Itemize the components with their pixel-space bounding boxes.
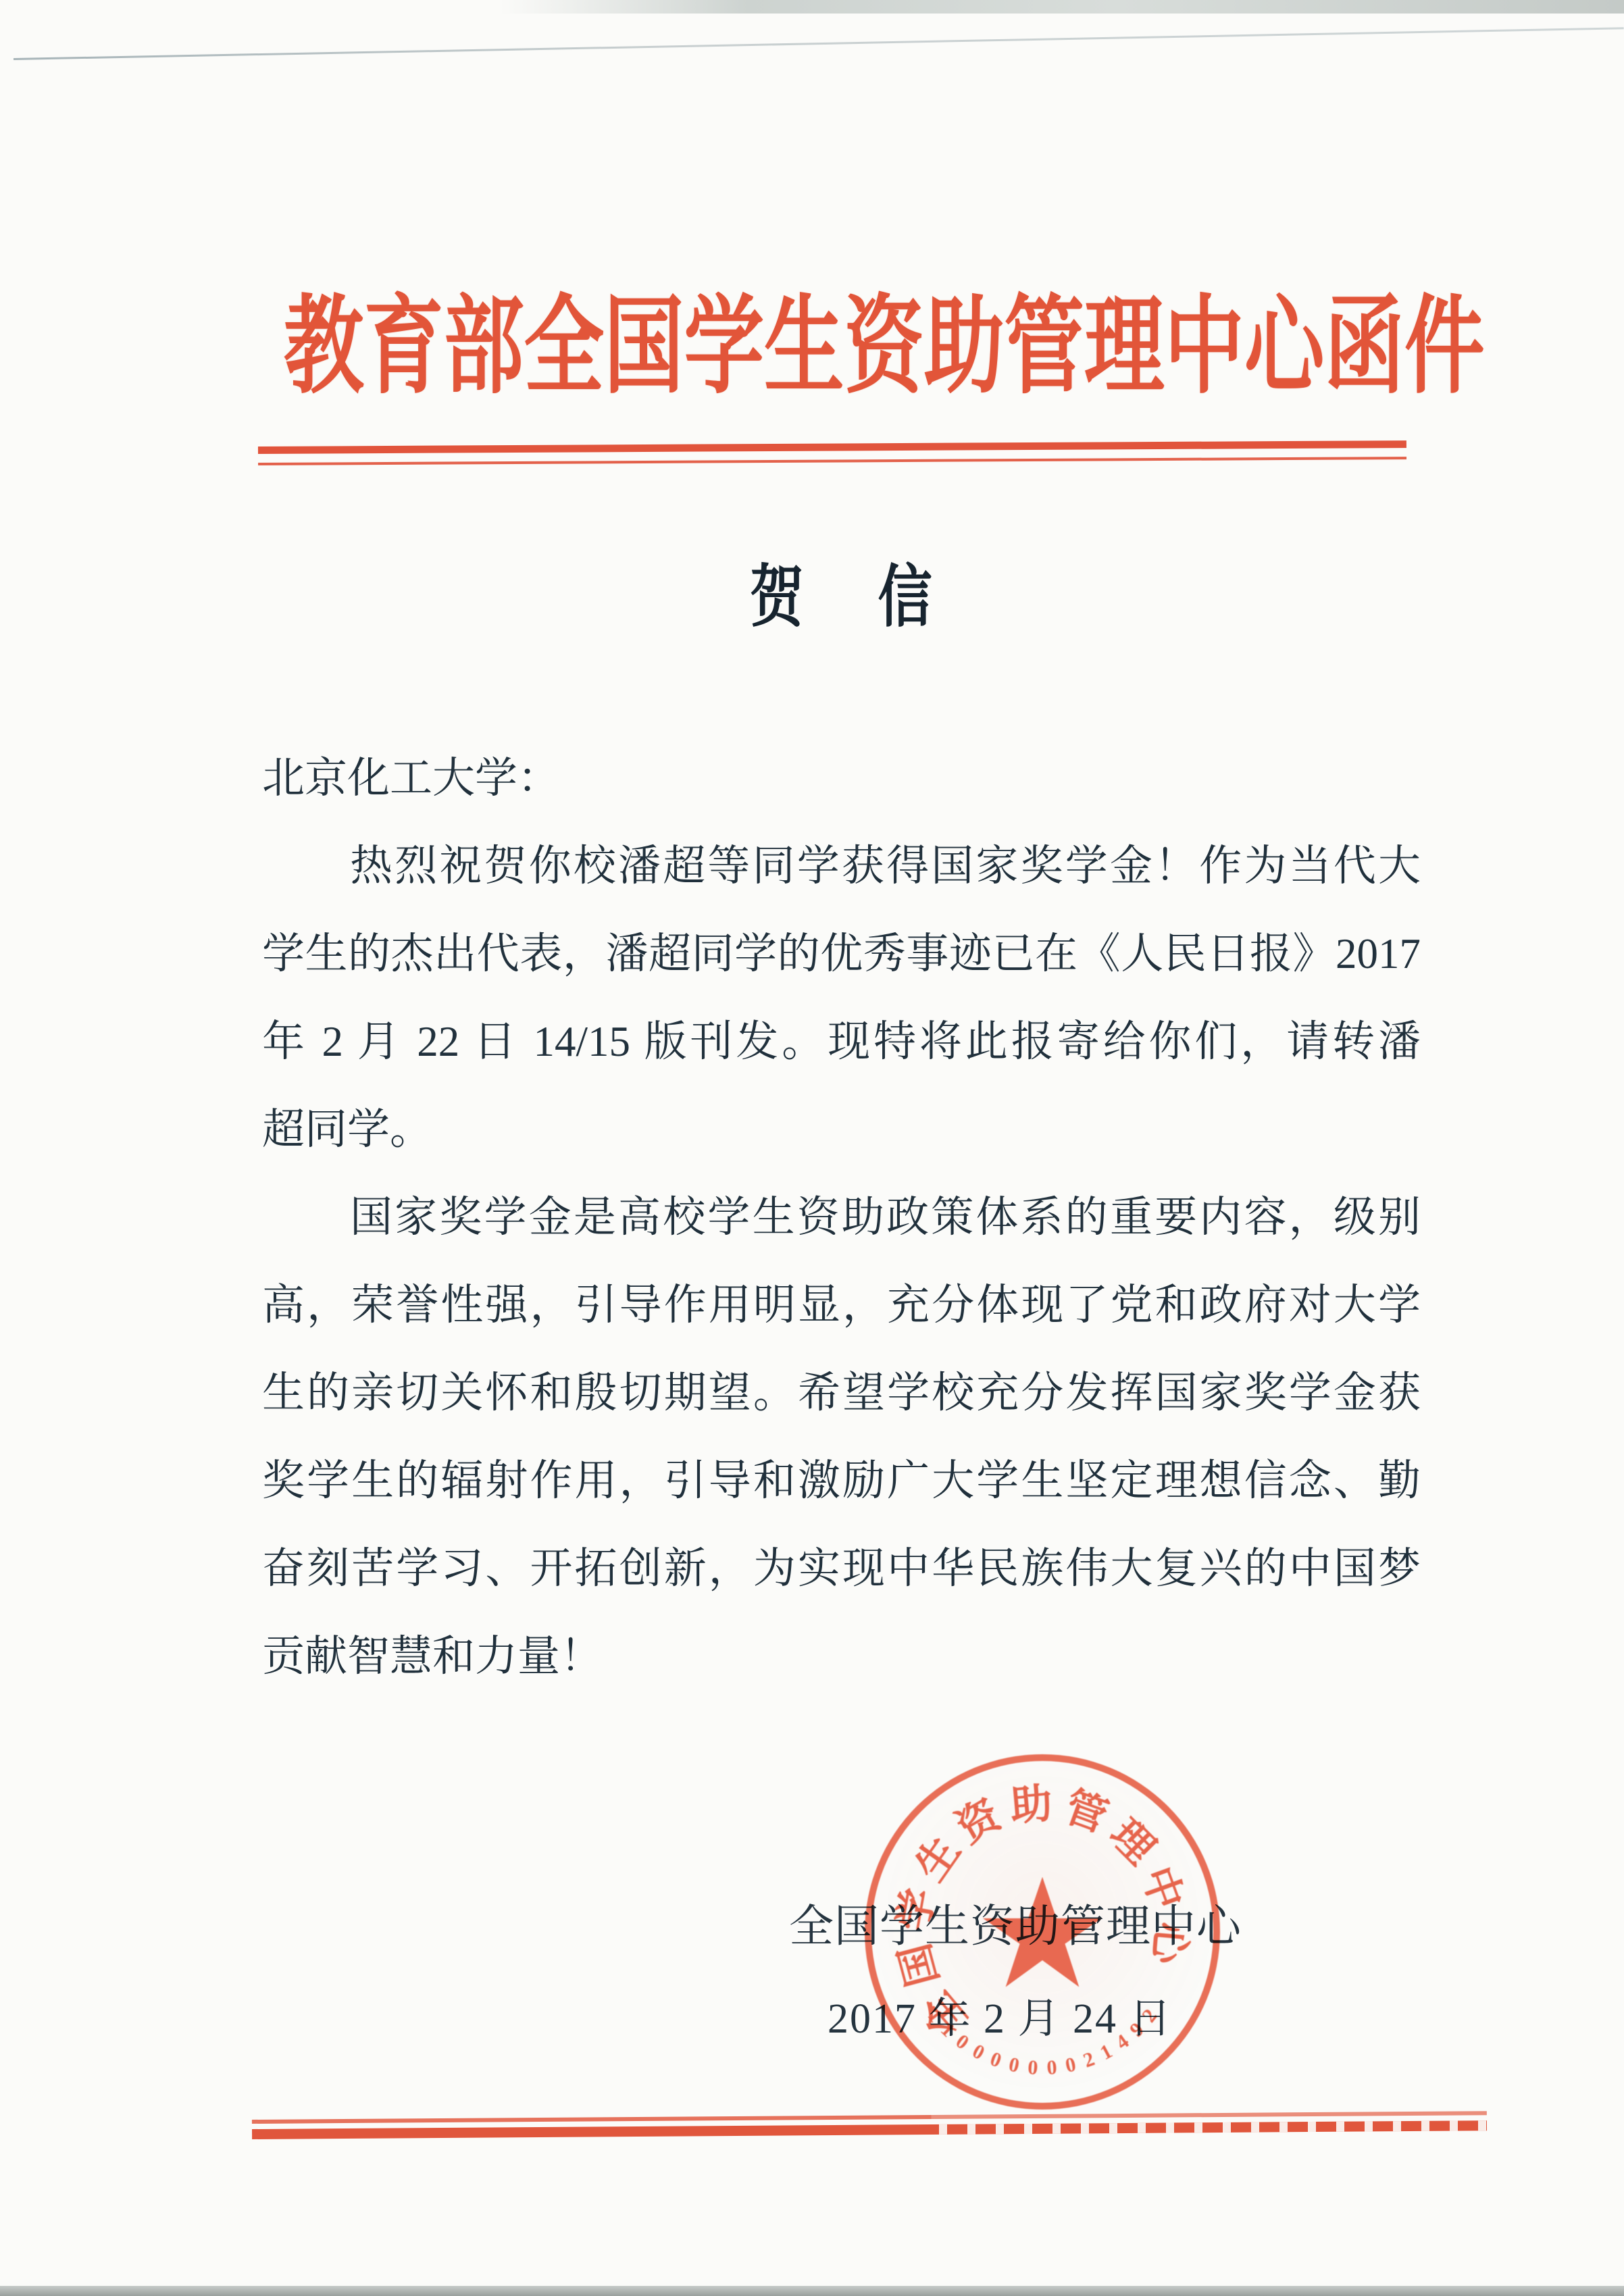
seal-code-digit: 1: [937, 2019, 959, 2041]
seal-code-digit: 1: [1097, 2041, 1115, 2064]
seal-code-digit: 1: [923, 2006, 946, 2026]
official-seal: 全国学生资助管理中心 11000000021492: [865, 1754, 1220, 2110]
body-line: 贡献智慧和力量！: [262, 1612, 1421, 1700]
letterhead: 教育部全国学生资助管理中心函件: [284, 292, 1624, 404]
body-line: 奋刻苦学习、开拓创新，为实现中华民族伟大复兴的中国梦: [262, 1525, 1421, 1612]
body-line: 学生的杰出代表，潘超同学的优秀事迹已在《人民日报》2017: [262, 910, 1421, 998]
scan-edge-top: [500, 0, 1624, 14]
seal-code-digit: 2: [1139, 2006, 1161, 2026]
seal-code-digit: 0: [1064, 2054, 1078, 2076]
seal-code-digit: 0: [1007, 2054, 1021, 2076]
body-line: 高，荣誉性强，引导作用明显，充分体现了党和政府对大学: [262, 1261, 1421, 1349]
body-line: 超同学。: [262, 1086, 1421, 1173]
body-line: 生的亲切关怀和殷切期望。希望学校充分发挥国家奖学金获: [262, 1349, 1421, 1437]
letterhead-rule: [258, 440, 1406, 465]
seal-code: 11000000021492: [871, 1761, 1213, 2103]
seal-code-digit: 0: [1046, 2058, 1058, 2078]
letterhead-title: 教育部全国学生资助管理中心函件: [284, 292, 1485, 404]
letter-body: 北京化工大学： 热烈祝贺你校潘超等同学获得国家奖学金！作为当代大 学生的杰出代表…: [262, 734, 1421, 1700]
scan-page-edge-line: [14, 27, 1624, 60]
seal-code-digit: 0: [969, 2041, 988, 2064]
body-line: 热烈祝贺你校潘超等同学获得国家奖学金！作为当代大: [262, 822, 1421, 910]
seal-code-digit: 0: [1027, 2058, 1038, 2078]
seal-code-digit: 2: [1081, 2049, 1097, 2071]
scan-edge-bottom: [0, 2286, 1624, 2296]
body-line: 奖学生的辐射作用，引导和激励广大学生坚定理想信念、勤: [262, 1437, 1421, 1525]
scanned-letter-page: { "colors": { "header_red": "#e25539", "…: [0, 0, 1624, 2296]
letter-title: 贺信: [750, 561, 1006, 635]
seal-code-digit: 0: [988, 2049, 1004, 2071]
seal-code-digit: 4: [1113, 2031, 1133, 2053]
bottom-rule: [252, 2111, 1487, 2139]
body-line: 国家奖学金是高校学生资助政策体系的重要内容，级别: [262, 1173, 1421, 1261]
seal-code-digit: 9: [1127, 2019, 1148, 2041]
seal-code-digit: 0: [952, 2031, 972, 2053]
body-line: 年 2 月 22 日 14/15 版刊发。现特将此报寄给你们，请转潘: [262, 998, 1421, 1086]
salutation: 北京化工大学：: [262, 734, 1421, 822]
